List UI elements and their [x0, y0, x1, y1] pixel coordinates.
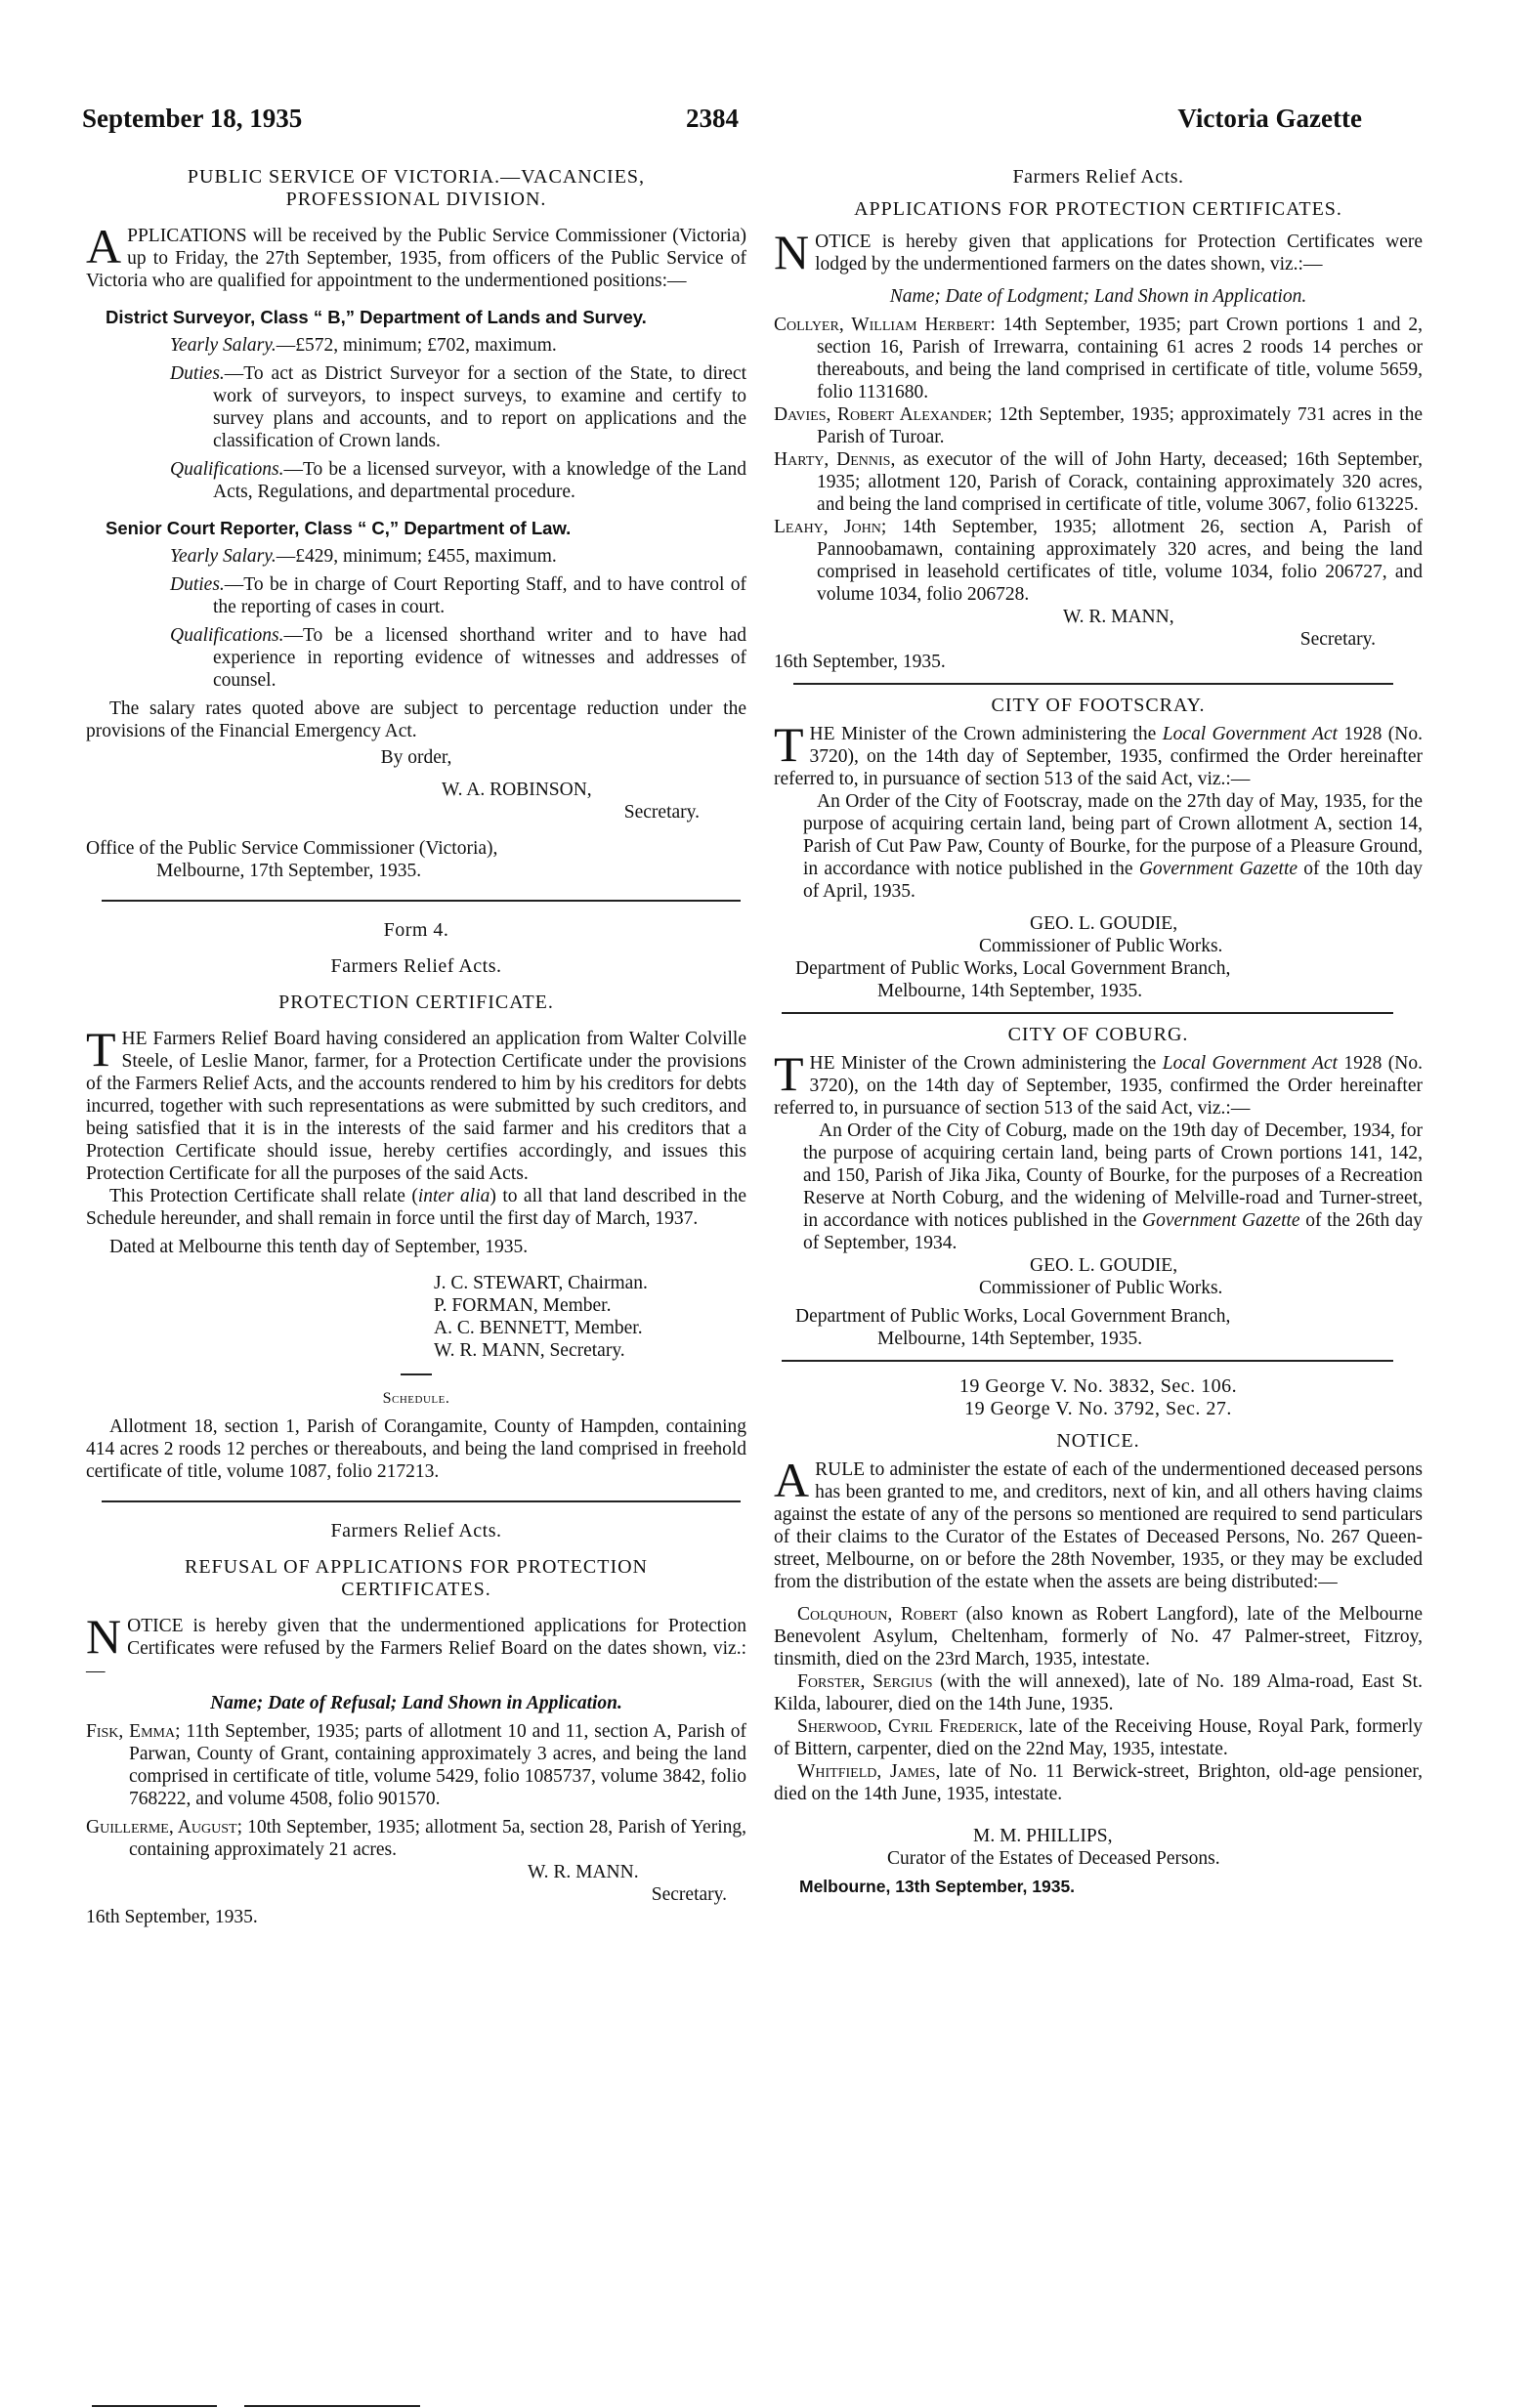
by-order: By order,	[86, 746, 746, 769]
public-service-vacancies-notice: PUBLIC SERVICE OF VICTORIA.—VACANCIES, P…	[86, 166, 746, 882]
signatory-title: Secretary.	[86, 801, 700, 824]
signatory-title: Secretary.	[86, 1883, 727, 1906]
office-date: Melbourne, 17th September, 1935.	[156, 860, 746, 882]
signatory-title: Curator of the Estates of Deceased Perso…	[887, 1847, 1423, 1870]
section-divider	[782, 1360, 1393, 1362]
notice-intro: APPLICATIONS will be received by the Pub…	[86, 225, 746, 292]
order-text: An Order of the City of Coburg, made on …	[774, 1120, 1423, 1254]
position-district-surveyor: District Surveyor, Class “ B,” Departmen…	[86, 306, 746, 503]
certificate-relation: This Protection Certificate shall relate…	[86, 1185, 746, 1230]
signatory: M. M. PHILLIPS,	[973, 1825, 1423, 1847]
certificate-title: PROTECTION CERTIFICATE.	[86, 992, 746, 1014]
estate-entry: Colquhoun, Robert (also known as Robert …	[774, 1603, 1423, 1670]
department-line: Department of Public Works, Local Govern…	[795, 957, 1423, 980]
application-entry: Harty, Dennis, as executor of the will o…	[774, 448, 1423, 516]
refusal-title: REFUSAL OF APPLICATIONS FOR PROTECTION	[86, 1556, 746, 1579]
notice-date: Melbourne, 13th September, 1935.	[799, 1876, 1423, 1898]
notice-intro: THE Minister of the Crown administering …	[774, 1052, 1423, 1120]
notice-date: 16th September, 1935.	[774, 651, 1423, 673]
application-entry: Davies, Robert Alexander; 12th September…	[774, 403, 1423, 448]
estate-entry: Sherwood, Cyril Frederick, late of the R…	[774, 1715, 1423, 1760]
certificate-dated: Dated at Melbourne this tenth day of Sep…	[86, 1236, 746, 1258]
notice-intro: THE Minister of the Crown administering …	[774, 723, 1423, 790]
applications-title: APPLICATIONS FOR PROTECTION CERTIFICATES…	[774, 198, 1423, 221]
notice-title: NOTICE.	[774, 1430, 1423, 1453]
department-date: Melbourne, 14th September, 1935.	[877, 1328, 1423, 1350]
issue-date: September 18, 1935	[82, 104, 302, 134]
signatory: GEO. L. GOUDIE,	[1030, 912, 1423, 935]
notice-intro: A RULE to administer the estate of each …	[774, 1458, 1423, 1593]
signatory: W. A. ROBINSON,	[442, 779, 746, 801]
refusal-title-cont: CERTIFICATES.	[86, 1579, 746, 1601]
salary-note: The salary rates quoted above are subjec…	[86, 697, 746, 742]
refusal-entry: Fisk, Emma; 11th September, 1935; parts …	[86, 1720, 746, 1810]
columns-caption: Name; Date of Refusal; Land Shown in App…	[86, 1692, 746, 1714]
notice-date: 16th September, 1935.	[86, 1906, 746, 1928]
applications-intro: NOTICE is hereby given that applications…	[774, 231, 1423, 275]
signatory: P. FORMAN, Member.	[434, 1294, 746, 1317]
refusal-entry: Guillerme, August; 10th September, 1935;…	[86, 1816, 746, 1861]
section-divider	[102, 1500, 741, 1502]
notice-title: PUBLIC SERVICE OF VICTORIA.—VACANCIES,	[86, 166, 746, 189]
position-salary: Yearly Salary.—£429, minimum; £455, maxi…	[86, 545, 746, 568]
certificate-body: THE Farmers Relief Board having consider…	[86, 1028, 746, 1185]
signatory: GEO. L. GOUDIE,	[1030, 1254, 1423, 1277]
left-column: PUBLIC SERVICE OF VICTORIA.—VACANCIES, P…	[86, 166, 746, 1928]
signatory: W. R. MANN, Secretary.	[434, 1339, 746, 1362]
act-label: Farmers Relief Acts.	[86, 1520, 746, 1542]
position-heading: District Surveyor, Class “ B,” Departmen…	[106, 306, 746, 328]
columns-caption: Name; Date of Lodgment; Land Shown in Ap…	[774, 285, 1423, 308]
footer-divider	[244, 2405, 420, 2407]
board-signatories: J. C. STEWART, Chairman. P. FORMAN, Memb…	[434, 1272, 746, 1362]
page-header: September 18, 1935 2384 Victoria Gazette	[82, 104, 1272, 143]
position-qualifications: Qualifications.—To be a licensed surveyo…	[86, 458, 746, 503]
signatory-title: Commissioner of Public Works.	[979, 935, 1423, 957]
notice-title: CITY OF COBURG.	[774, 1024, 1423, 1046]
city-of-footscray-notice: CITY OF FOOTSCRAY. THE Minister of the C…	[774, 695, 1423, 1002]
city-of-coburg-notice: CITY OF COBURG. THE Minister of the Crow…	[774, 1024, 1423, 1350]
department-date: Melbourne, 14th September, 1935.	[877, 980, 1423, 1002]
curator-estates-notice: 19 George V. No. 3832, Sec. 106. 19 Geor…	[774, 1375, 1423, 1898]
notice-subtitle: PROFESSIONAL DIVISION.	[86, 189, 746, 211]
section-divider	[793, 683, 1393, 685]
office-line: Office of the Public Service Commissione…	[86, 837, 746, 860]
statute-reference: 19 George V. No. 3832, Sec. 106.	[774, 1375, 1423, 1398]
position-senior-court-reporter: Senior Court Reporter, Class “ C,” Depar…	[86, 517, 746, 692]
short-divider	[401, 1373, 432, 1375]
application-entry: Leahy, John; 14th September, 1935; allot…	[774, 516, 1423, 606]
page-number: 2384	[686, 104, 739, 134]
section-divider	[102, 900, 741, 902]
signatory-title: Commissioner of Public Works.	[979, 1277, 1423, 1299]
estate-entry: Forster, Sergius (with the will annexed)…	[774, 1670, 1423, 1715]
publication-title: Victoria Gazette	[1177, 104, 1362, 134]
schedule-title: Schedule.	[86, 1387, 746, 1410]
position-salary: Yearly Salary.—£572, minimum; £702, maxi…	[86, 334, 746, 357]
estate-entry: Whitfield, James, late of No. 11 Berwick…	[774, 1760, 1423, 1805]
department-line: Department of Public Works, Local Govern…	[795, 1305, 1423, 1328]
signatory: A. C. BENNETT, Member.	[434, 1317, 746, 1339]
signatory: J. C. STEWART, Chairman.	[434, 1272, 746, 1294]
footer-divider	[92, 2405, 217, 2407]
position-duties: Duties.—To be in charge of Court Reporti…	[86, 573, 746, 618]
order-text: An Order of the City of Footscray, made …	[774, 790, 1423, 903]
protection-certificate-notice: Form 4. Farmers Relief Acts. PROTECTION …	[86, 919, 746, 1483]
right-column: Farmers Relief Acts. APPLICATIONS FOR PR…	[774, 166, 1423, 1898]
refusal-of-applications-notice: Farmers Relief Acts. REFUSAL OF APPLICAT…	[86, 1520, 746, 1928]
signatory: W. R. MANN,	[1063, 606, 1423, 628]
signatory: W. R. MANN.	[528, 1861, 746, 1883]
position-heading: Senior Court Reporter, Class “ C,” Depar…	[106, 517, 746, 539]
position-qualifications: Qualifications.—To be a licensed shortha…	[86, 624, 746, 692]
act-label: Farmers Relief Acts.	[86, 955, 746, 978]
position-duties: Duties.—To act as District Surveyor for …	[86, 362, 746, 452]
signatory-title: Secretary.	[774, 628, 1376, 651]
statute-reference: 19 George V. No. 3792, Sec. 27.	[774, 1398, 1423, 1420]
refusal-intro: NOTICE is hereby given that the undermen…	[86, 1615, 746, 1682]
section-divider	[782, 1012, 1393, 1014]
application-entry: Collyer, William Herbert: 14th September…	[774, 314, 1423, 403]
form-label: Form 4.	[86, 919, 746, 942]
act-label: Farmers Relief Acts.	[774, 166, 1423, 189]
schedule-text: Allotment 18, section 1, Parish of Coran…	[86, 1415, 746, 1483]
applications-notice: Farmers Relief Acts. APPLICATIONS FOR PR…	[774, 166, 1423, 673]
notice-title: CITY OF FOOTSCRAY.	[774, 695, 1423, 717]
